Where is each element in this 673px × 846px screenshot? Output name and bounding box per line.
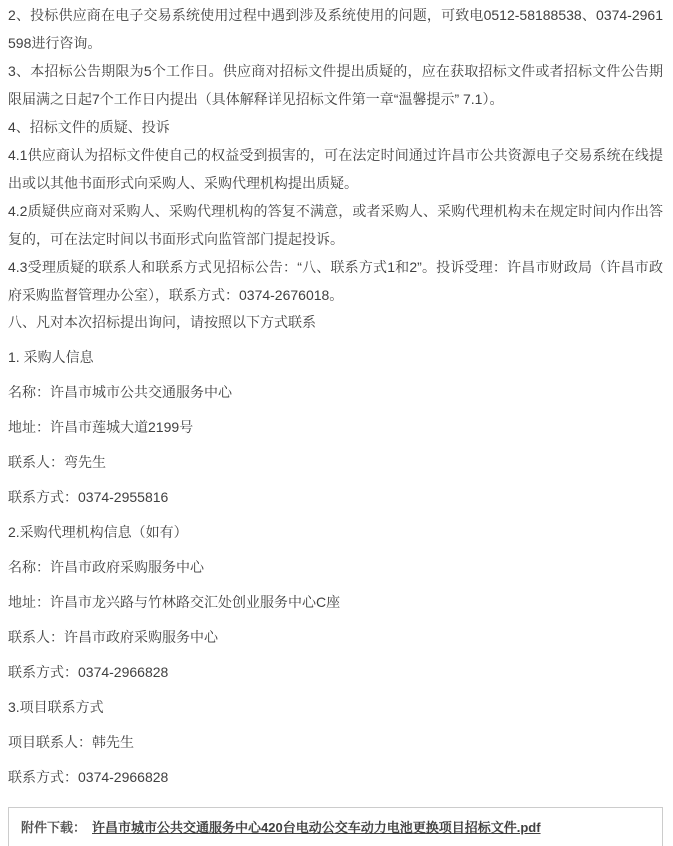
agency-address-line: 地址：许昌市龙兴路与竹林路交汇处创业服务中心C座	[8, 593, 663, 612]
purchaser-phone-line: 联系方式：0374-2955816	[8, 488, 663, 507]
attachment-download-bar: 附件下载：许昌市城市公共交通服务中心420台电动公交车动力电池更换项目招标文件.…	[8, 807, 663, 846]
notice-paragraph-4: 4、招标文件的质疑、投诉	[8, 113, 663, 141]
agency-group-title: 2.采购代理机构信息（如有）	[8, 523, 663, 542]
attachment-label: 附件下载：	[21, 820, 86, 835]
notice-section: 2、投标供应商在电子交易系统使用过程中遇到涉及系统使用的问题，可致电0512-5…	[8, 1, 663, 309]
notice-paragraph-4-3: 4.3受理质疑的联系人和联系方式见招标公告：“八、联系方式1和2”。投诉受理：许…	[8, 253, 663, 309]
project-group-title: 3.项目联系方式	[8, 698, 663, 717]
tender-announcement-page: 2、投标供应商在电子交易系统使用过程中遇到涉及系统使用的问题，可致电0512-5…	[0, 0, 673, 846]
purchaser-person-line: 联系人：弯先生	[8, 453, 663, 472]
agency-phone-line: 联系方式：0374-2966828	[8, 663, 663, 682]
attachment-pdf-link[interactable]: 许昌市城市公共交通服务中心420台电动公交车动力电池更换项目招标文件.pdf	[92, 820, 541, 835]
agency-name-line: 名称：许昌市政府采购服务中心	[8, 558, 663, 577]
notice-paragraph-3: 3、本招标公告期限为5个工作日。供应商对招标文件提出质疑的，应在获取招标文件或者…	[8, 57, 663, 113]
contact-section: 八、凡对本次招标提出询问，请按照以下方式联系 1. 采购人信息 名称：许昌市城市…	[8, 313, 663, 787]
project-person-line: 项目联系人：韩先生	[8, 733, 663, 752]
purchaser-name-line: 名称：许昌市城市公共交通服务中心	[8, 383, 663, 402]
purchaser-address-line: 地址：许昌市莲城大道2199号	[8, 418, 663, 437]
purchaser-group-title: 1. 采购人信息	[8, 348, 663, 367]
notice-paragraph-4-1: 4.1供应商认为招标文件使自己的权益受到损害的，可在法定时间通过许昌市公共资源电…	[8, 141, 663, 197]
agency-person-line: 联系人：许昌市政府采购服务中心	[8, 628, 663, 647]
project-phone-line: 联系方式：0374-2966828	[8, 768, 663, 787]
notice-paragraph-2: 2、投标供应商在电子交易系统使用过程中遇到涉及系统使用的问题，可致电0512-5…	[8, 1, 663, 57]
notice-paragraph-4-2: 4.2质疑供应商对采购人、采购代理机构的答复不满意，或者采购人、采购代理机构未在…	[8, 197, 663, 253]
contact-section-heading: 八、凡对本次招标提出询问，请按照以下方式联系	[8, 313, 663, 332]
